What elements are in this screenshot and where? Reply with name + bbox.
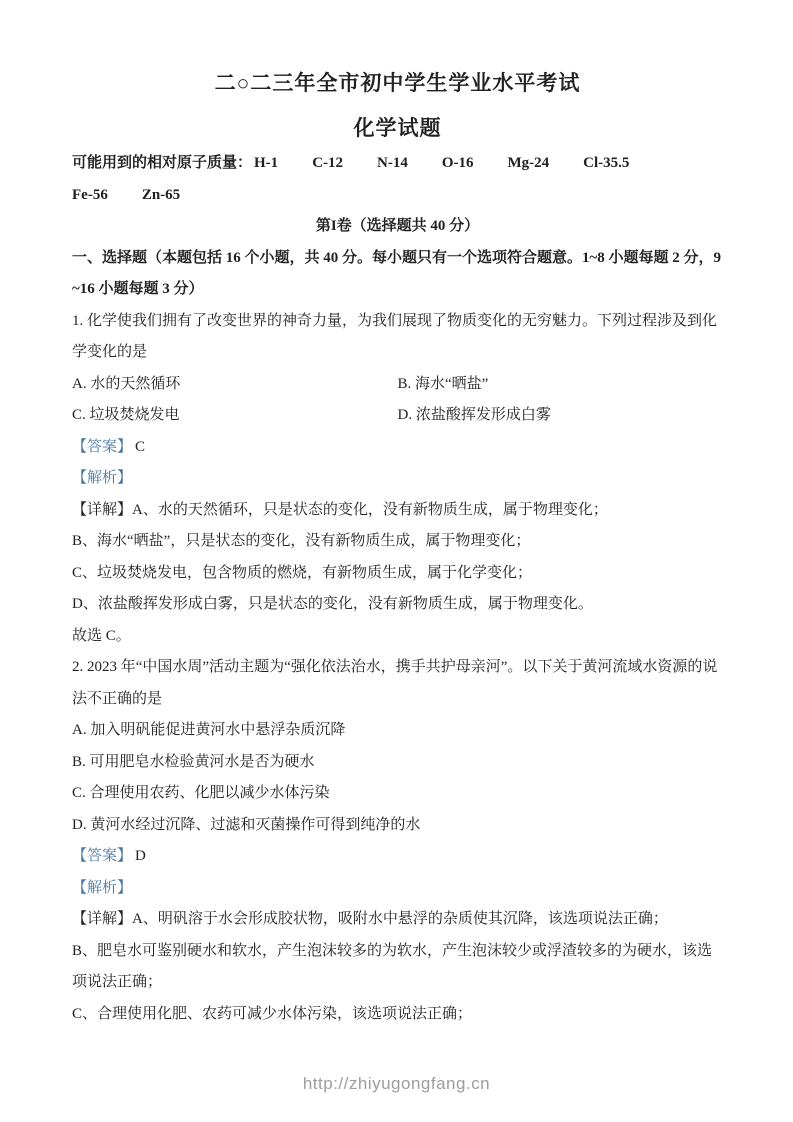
- doc-title: 二○二三年全市初中学生学业水平考试: [72, 68, 723, 98]
- answer-value: C: [135, 439, 145, 455]
- question-2-option-c: C. 合理使用农药、化肥以减少水体污染: [72, 778, 723, 810]
- question-1-detail-line: D、浓盐酸挥发形成白雾，只是状态的变化，没有新物质生成，属于物理变化。: [72, 589, 723, 621]
- question-2-analysis-line: 【解析】: [72, 873, 723, 905]
- question-1-option-c: C. 垃圾焚烧发电: [72, 400, 398, 432]
- atomic-mass-item: Mg-24: [508, 148, 550, 180]
- question-1-option-b: B. 海水“晒盐”: [398, 369, 724, 401]
- atomic-mass-item: Fe-56: [72, 180, 108, 212]
- question-2-option-b: B. 可用肥皂水检验黄河水是否为硬水: [72, 747, 723, 779]
- atomic-mass-item: O-16: [442, 148, 474, 180]
- question-2-detail-line: B、肥皂水可鉴别硬水和软水，产生泡沫较多的为软水，产生泡沫较少或浮渣较多的为硬水…: [72, 936, 723, 999]
- atomic-mass-label: 可能用到的相对原子质量：: [72, 155, 252, 171]
- atomic-mass-item: Cl-35.5: [583, 148, 629, 180]
- question-1-answer-line: 【答案】C: [72, 432, 723, 464]
- question-2-detail-line: C、合理使用化肥、农药可减少水体污染，该选项说法正确；: [72, 999, 723, 1031]
- question-2-option-a: A. 加入明矾能促进黄河水中悬浮杂质沉降: [72, 715, 723, 747]
- atomic-mass-line-1: 可能用到的相对原子质量：H-1C-12N-14O-16Mg-24Cl-35.5: [72, 148, 723, 180]
- question-1-detail-line: 【详解】A、水的天然循环，只是状态的变化，没有新物质生成，属于物理变化；: [72, 495, 723, 527]
- atomic-mass-item: Zn-65: [142, 180, 180, 212]
- answer-tag: 【答案】: [72, 848, 132, 864]
- question-1-stem: 1. 化学使我们拥有了改变世界的神奇力量，为我们展现了物质变化的无穷魅力。下列过…: [72, 306, 723, 369]
- question-2-answer-line: 【答案】D: [72, 841, 723, 873]
- question-1-options-row-1: A. 水的天然循环 B. 海水“晒盐”: [72, 369, 723, 401]
- question-1-option-a: A. 水的天然循环: [72, 369, 398, 401]
- question-1-detail-line: B、海水“晒盐”，只是状态的变化，没有新物质生成，属于物理变化；: [72, 526, 723, 558]
- answer-tag: 【答案】: [72, 439, 132, 455]
- analysis-tag: 【解析】: [72, 470, 132, 486]
- question-1-option-d: D. 浓盐酸挥发形成白雾: [398, 400, 724, 432]
- analysis-tag: 【解析】: [72, 880, 132, 896]
- atomic-mass-item: C-12: [312, 148, 343, 180]
- question-2-stem: 2. 2023 年“中国水周”活动主题为“强化依法治水，携手共护母亲河”。以下关…: [72, 652, 723, 715]
- exam-document-page: 二○二三年全市初中学生学业水平考试 化学试题 可能用到的相对原子质量：H-1C-…: [0, 0, 793, 1122]
- section-instructions: 一、选择题（本题包括 16 个小题，共 40 分。每小题只有一个选项符合题意。1…: [72, 243, 723, 306]
- atomic-mass-item: H-1: [254, 148, 278, 180]
- question-1-conclusion: 故选 C。: [72, 621, 723, 653]
- atomic-mass-line-2: Fe-56Zn-65: [72, 180, 723, 212]
- question-2-detail-line: 【详解】A、明矾溶于水会形成胶状物，吸附水中悬浮的杂质使其沉降，该选项说法正确；: [72, 904, 723, 936]
- atomic-mass-item: N-14: [377, 148, 408, 180]
- question-1-analysis-line: 【解析】: [72, 463, 723, 495]
- question-2-option-d: D. 黄河水经过沉降、过滤和灭菌操作可得到纯净的水: [72, 810, 723, 842]
- doc-subtitle: 化学试题: [72, 113, 723, 143]
- question-1-options-row-2: C. 垃圾焚烧发电 D. 浓盐酸挥发形成白雾: [72, 400, 723, 432]
- footer-watermark-url: http://zhiyugongfang.cn: [0, 1074, 793, 1094]
- question-1-detail-line: C、垃圾焚烧发电，包含物质的燃烧，有新物质生成，属于化学变化；: [72, 558, 723, 590]
- answer-value: D: [135, 848, 146, 864]
- part-title: 第I卷（选择题共 40 分）: [72, 211, 723, 243]
